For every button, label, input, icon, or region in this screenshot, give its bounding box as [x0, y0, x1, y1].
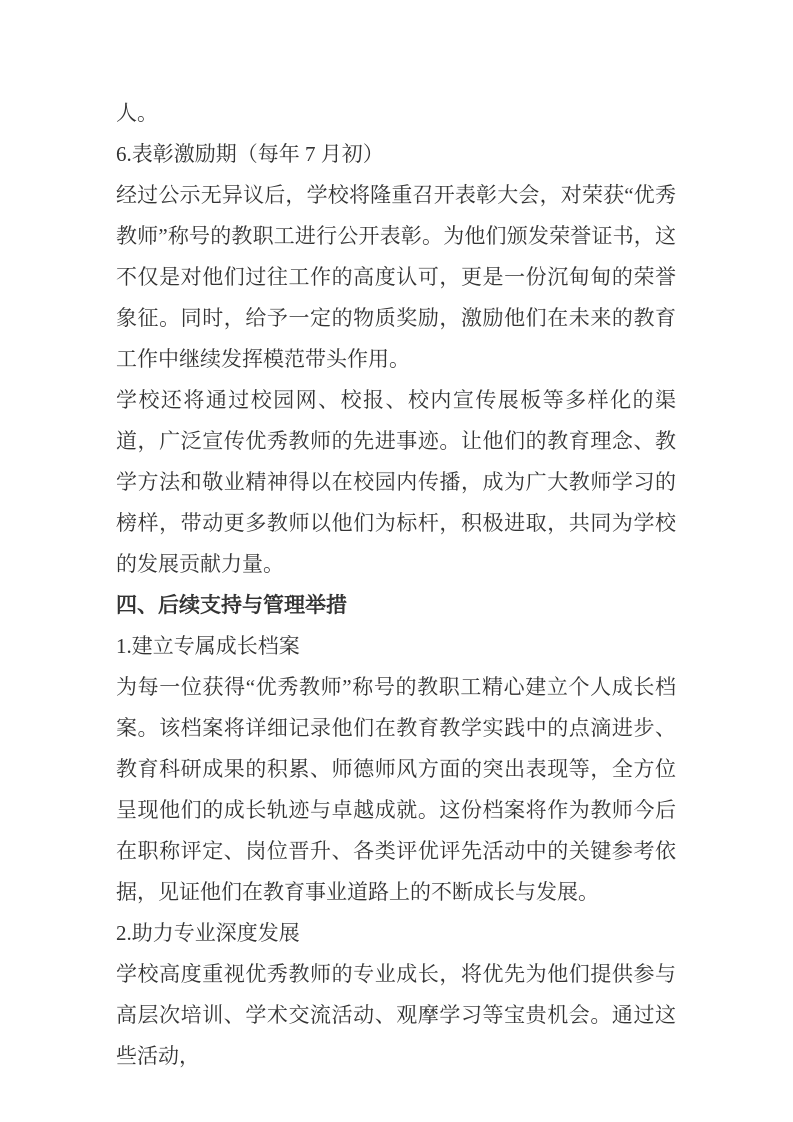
section-heading-follow-up-support: 四、后续支持与管理举措: [116, 585, 676, 626]
paragraph-commendation-ceremony: 经过公示无异议后，学校将隆重召开表彰大会，对荣获“优秀教师”称号的教职工进行公开…: [116, 175, 676, 380]
document-body: 人。 6.表彰激励期（每年 7 月初） 经过公示无异议后，学校将隆重召开表彰大会…: [116, 93, 676, 1077]
subheading-commendation-period: 6.表彰激励期（每年 7 月初）: [116, 134, 676, 175]
subheading-professional-development: 2.助力专业深度发展: [116, 913, 676, 954]
paragraph-publicity-channels: 学校还将通过校园网、校报、校内宣传展板等多样化的渠道，广泛宣传优秀教师的先进事迹…: [116, 380, 676, 585]
paragraph-continuation: 人。: [116, 93, 676, 134]
document-page: 人。 6.表彰激励期（每年 7 月初） 经过公示无异议后，学校将隆重召开表彰大会…: [0, 0, 793, 1122]
paragraph-professional-development-detail: 学校高度重视优秀教师的专业成长，将优先为他们提供参与高层次培训、学术交流活动、观…: [116, 954, 676, 1077]
subheading-growth-archive: 1.建立专属成长档案: [116, 626, 676, 667]
paragraph-growth-archive-detail: 为每一位获得“优秀教师”称号的教职工精心建立个人成长档案。该档案将详细记录他们在…: [116, 667, 676, 913]
